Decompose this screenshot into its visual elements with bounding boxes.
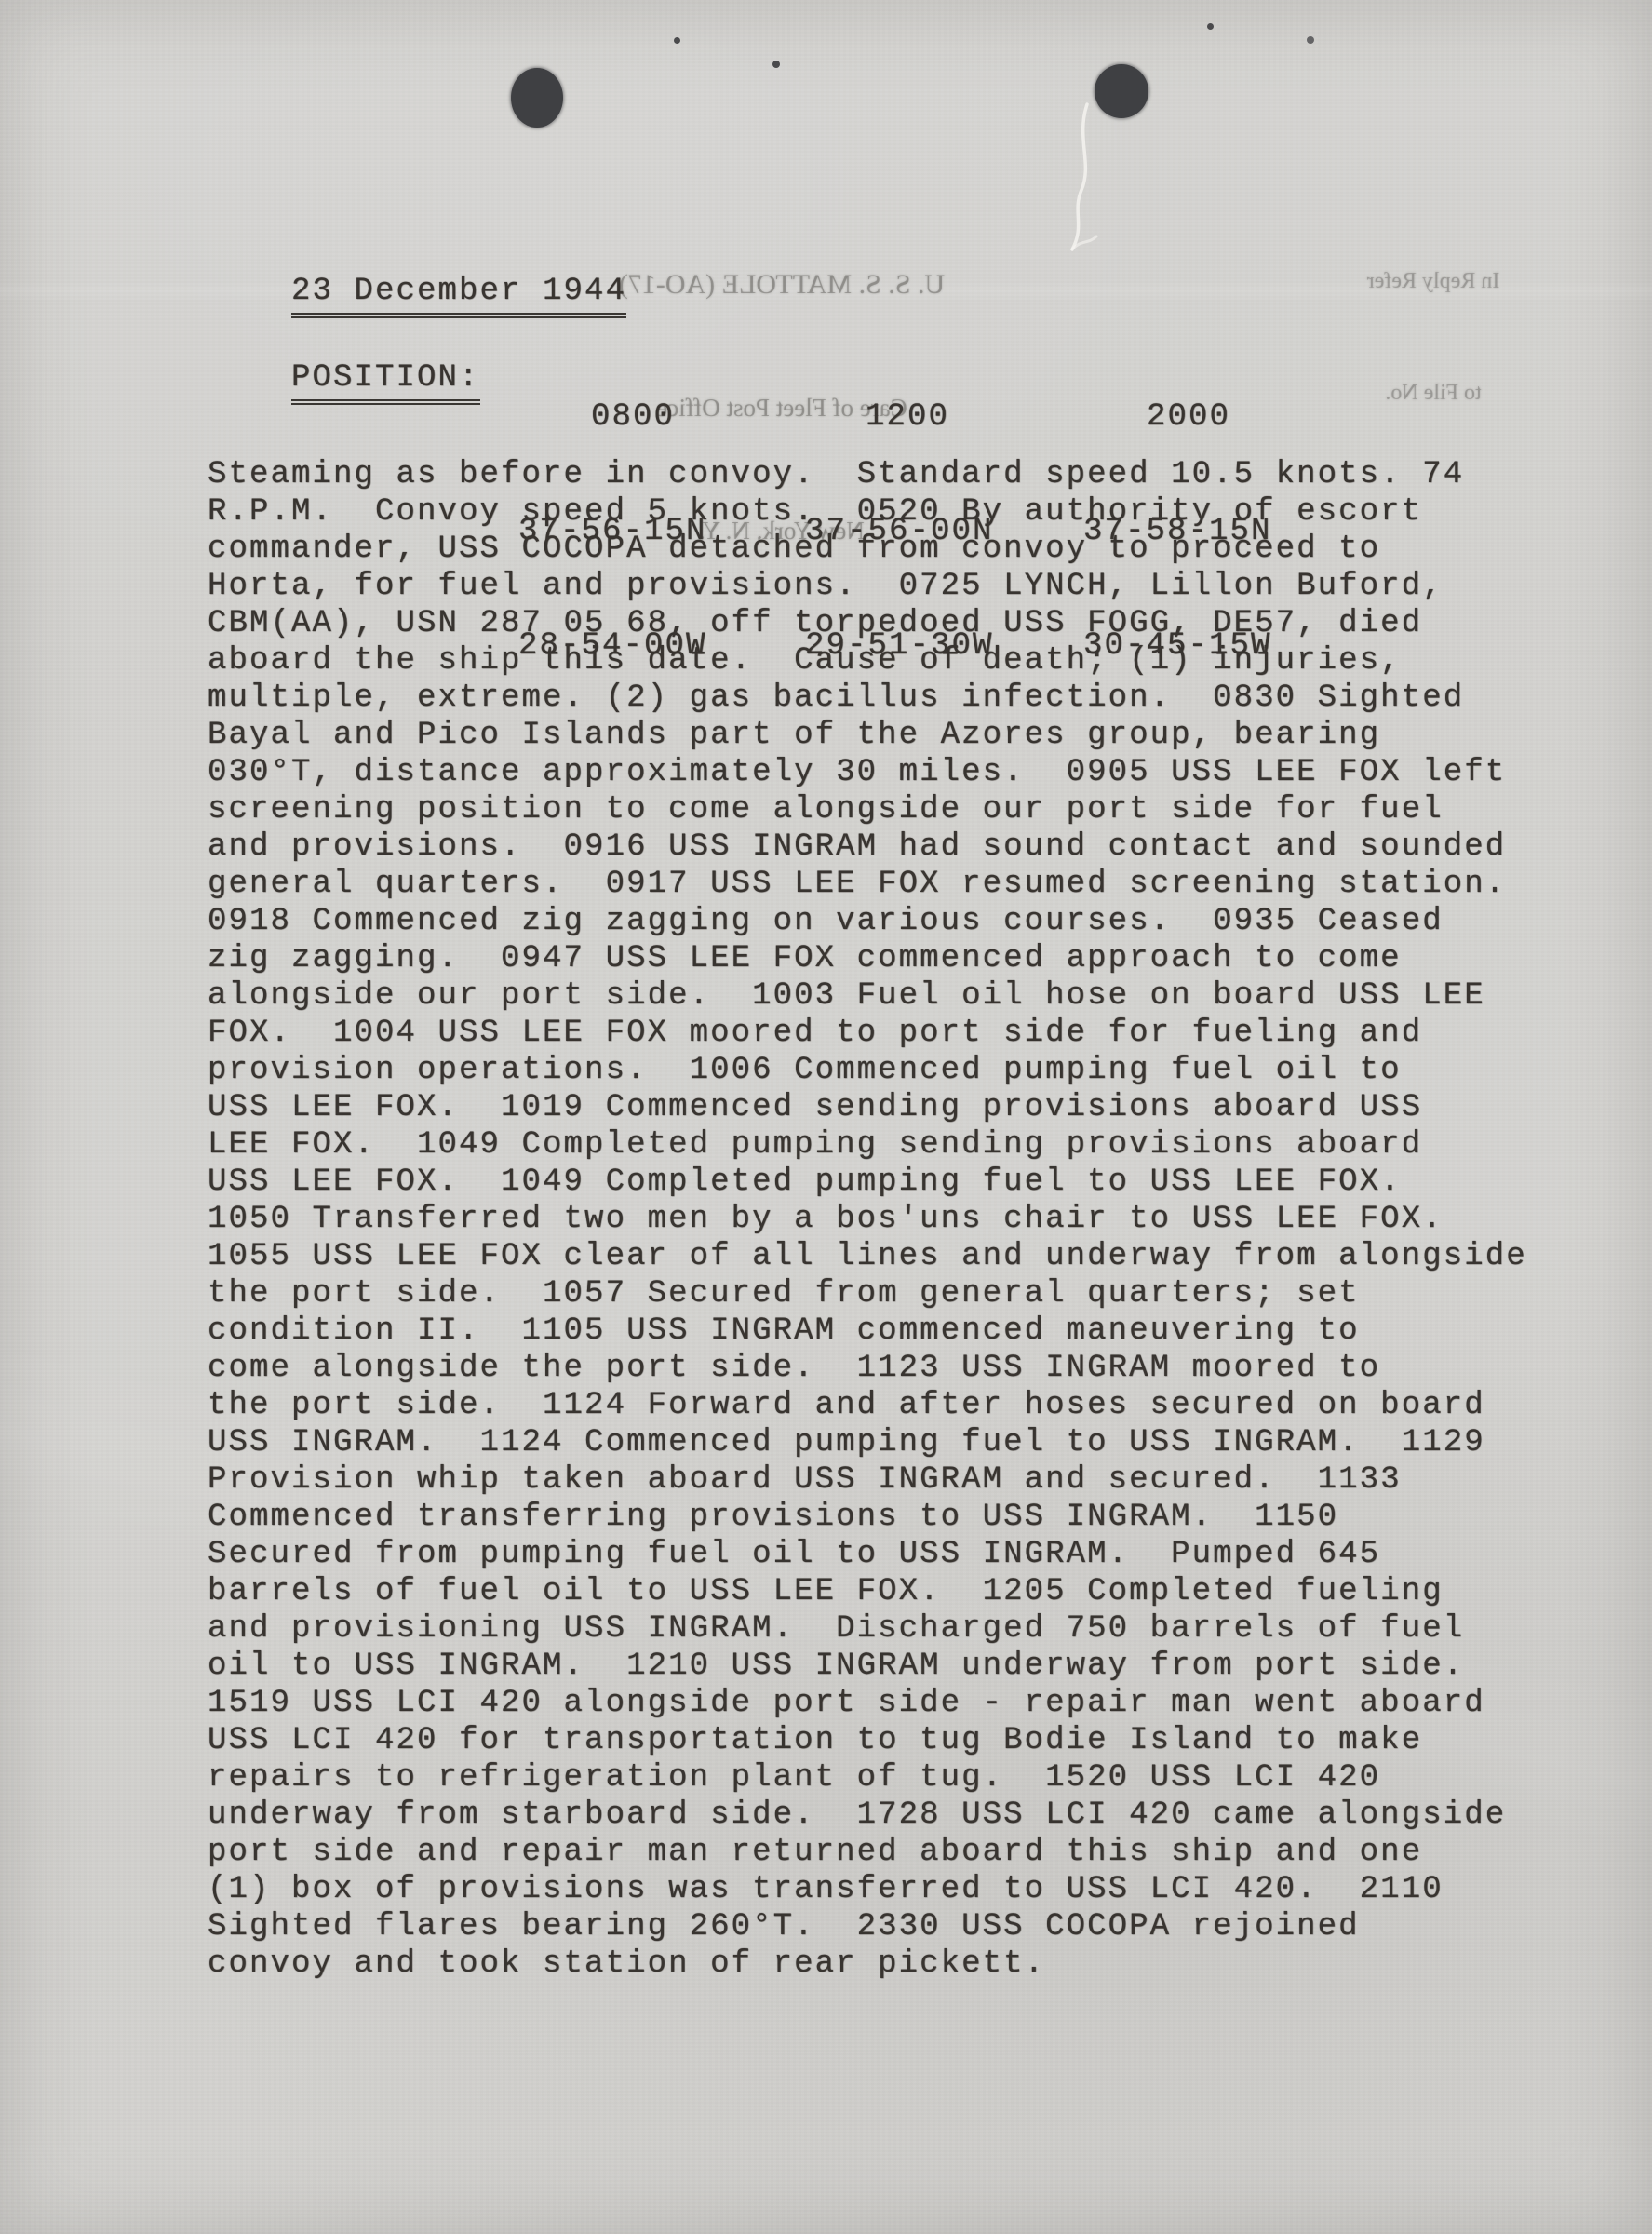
position-label: POSITION: [208,322,480,442]
punch-hole-right [1095,64,1148,118]
position-label-text: POSITION: [291,359,480,405]
ink-speck [674,37,680,44]
bleed-through-reply-refer: In Reply Refer to File No. [1340,188,1526,486]
position-time: 0800 [591,398,707,437]
ink-speck [1207,23,1214,30]
punch-hole-left [511,68,563,128]
ink-speck [772,61,780,68]
scanned-log-page: U. S. S. MATTOLE (AO-17) Care of Fleet P… [0,0,1652,2234]
ink-speck [1307,36,1314,44]
paper-crease [1024,93,1173,261]
bleed-ship-name: U. S. S. MATTOLE (AO-17) [586,264,977,305]
date-text: 23 December 1944 [291,273,626,318]
position-time: 1200 [866,398,994,437]
bleed-reply-line: to File No. [1340,374,1526,411]
deck-log-narrative: Steaming as before in convoy. Standard s… [208,456,1585,1983]
position-time: 2000 [1147,398,1272,437]
bleed-reply-line: In Reply Refer [1340,262,1526,300]
